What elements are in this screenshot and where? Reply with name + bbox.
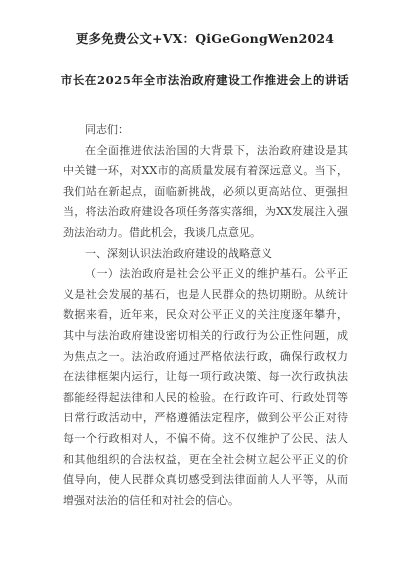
paragraph-line: 值导向，使人民群众真切感受到法律面前人人平等，从而 [63,470,348,491]
paragraph-line: 每一个行政相对人，不偏不倚。这不仅维护了公民、法人 [63,429,348,450]
paragraph-line: 当，将法治政府建设各项任务落实落细，为XX发展注入强 [63,202,348,223]
paragraph-line: 义是社会发展的基石，也是人民群众的热切期盼。从统计 [63,285,348,306]
paragraph-line: 日常行政活动中，严格遵循法定程序，做到公平公正对待 [63,408,348,429]
paragraph-line: 中关键一环，对XX市的高质量发展有着深远意义。当下， [63,161,348,182]
paragraph-line: 和其他组织的合法权益，更在全社会树立起公平正义的价 [63,450,348,471]
document-body: 同志们： 在全面推进依法治国的大背景下，法治政府建设是其 中关键一环，对XX市的… [63,120,348,511]
paragraph-line: 劲法治动力。借此机会，我谈几点意见。 [63,223,348,244]
paragraph-line: 为焦点之一。法治政府通过严格依法行政，确保行政权力 [63,347,348,368]
paragraph-line: 其中与法治政府建设密切相关的行政行为公正性问题，成 [63,326,348,347]
paragraph-line: 都能经得起法律和人民的检验。在行政许可、行政处罚等 [63,388,348,409]
salutation: 同志们： [63,120,348,141]
section-heading: 一、深刻认识法治政府建设的战略意义 [63,244,348,265]
document-title: 市长在2025年全市法治政府建设工作推进会上的讲话 [0,72,410,88]
paragraph-line: 我们站在新起点，面临新挑战，必须以更高站位、更强担 [63,182,348,203]
paragraph-line: 增强对法治的信任和对社会的信心。 [63,491,348,512]
paragraph-line: （一）法治政府是社会公平正义的维护基石。公平正 [63,264,348,285]
watermark-header: 更多免费公文+VX：QiGeGongWen2024 [0,29,410,47]
paragraph-line: 在全面推进依法治国的大背景下，法治政府建设是其 [63,141,348,162]
paragraph-line: 数据来看，近年来，民众对公平正义的关注度逐年攀升， [63,305,348,326]
paragraph-line: 在法律框架内运行，让每一项行政决策、每一次行政执法 [63,367,348,388]
